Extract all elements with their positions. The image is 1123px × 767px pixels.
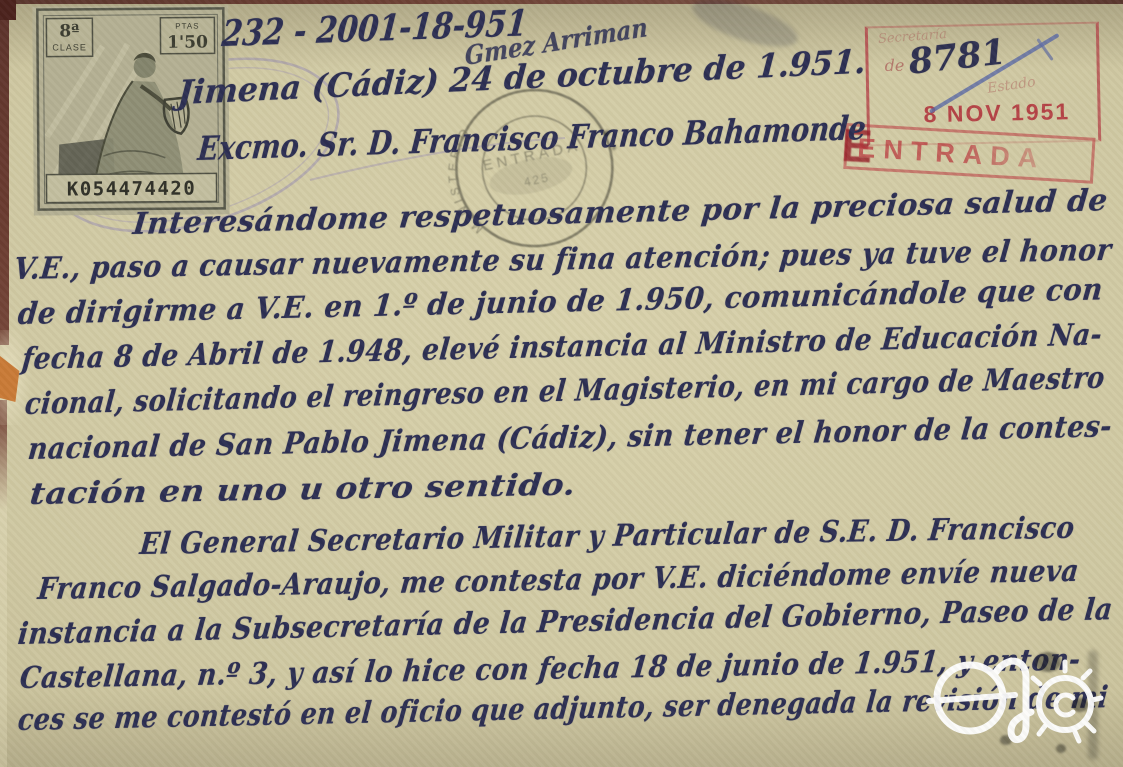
handwritten-salutation: Excmo. Sr. D. Francisco Franco Bahamonde [196,111,867,165]
watermark-sun-circle [1039,678,1091,730]
stamp-serial-box: K054474420 [46,173,216,202]
stamp-class-number: 8ª [59,21,79,41]
photo-corner-top-left [0,0,16,20]
stamp-class-word: CLASE [52,42,87,52]
stamp-class-box: 8ª CLASE [46,18,92,56]
archive-logo-watermark [925,652,1107,762]
entry-stamp-faint-estado: Estado [986,74,1037,97]
ink-speck [604,130,610,136]
handwritten-line: El General Secretario Militar y Particul… [138,514,1076,560]
stamp-value-box: PTAS 1'50 [160,17,214,53]
paper-edge-left-lower [0,400,7,767]
stamp-value: 1'50 [167,32,208,52]
stamp-serial-number: K054474420 [67,178,197,201]
entry-stamp-de: de [884,56,904,75]
ink-speck [612,146,616,150]
photo-edge-top [0,0,1123,4]
entrada-stamp-label: ENTRADA [857,133,1047,175]
scanned-letter-page: 8ª CLASE PTAS 1'50 K054474420 [0,0,1123,767]
handwritten-line: nacional de San Pablo Jimena (Cádiz), si… [26,412,1113,465]
stamp-currency-label: PTAS [175,22,199,31]
photo-edge-left [0,0,9,345]
handwritten-line: tación en uno u otro sentido. [28,470,577,510]
